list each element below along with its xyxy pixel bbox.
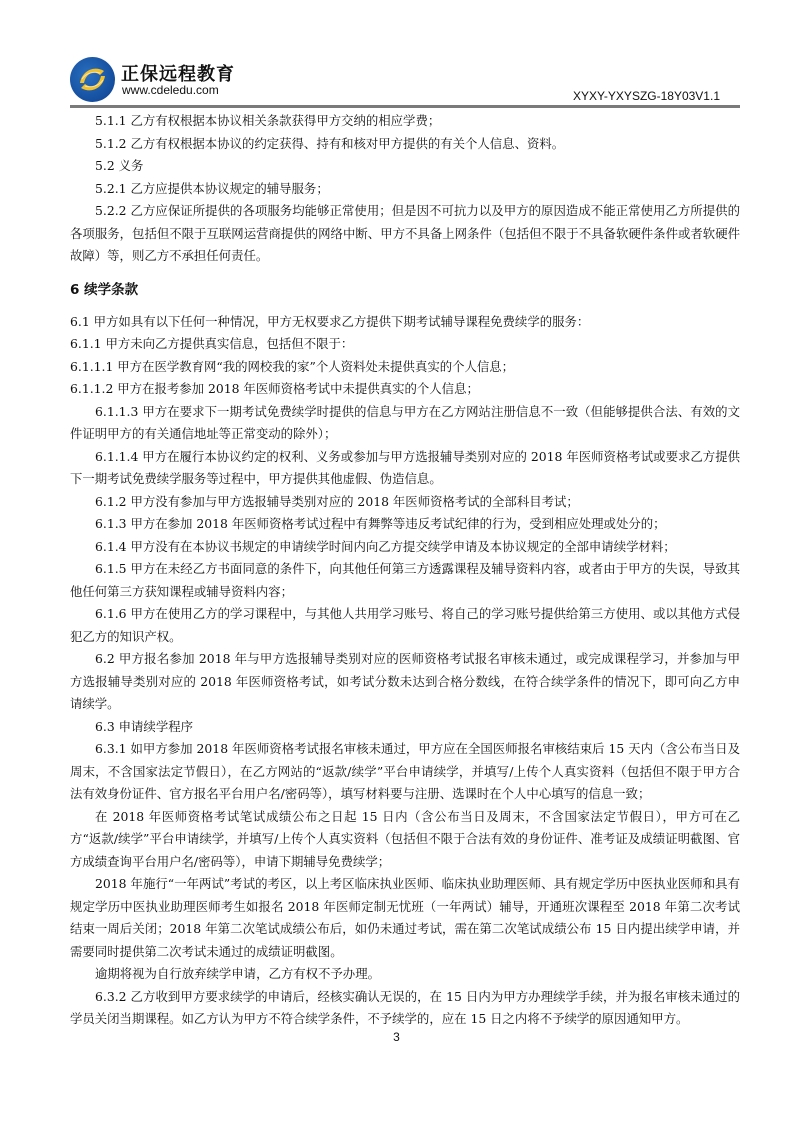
clause-6-3-1-exam-score: 在 2018 年医师资格考试笔试成绩公布之日起 15 日内（含公布当日及周末，不… bbox=[70, 806, 740, 874]
page-header: 正保远程教育 www.cdeledu.com XYXY-YXYSZG-18Y03… bbox=[70, 57, 740, 105]
clause-6-1-4: 6.1.4 甲方没有在本协议书规定的申请续学时间内向乙方提交续学申请及本协议规定… bbox=[70, 536, 740, 559]
document-body: 5.1.1 乙方有权根据本协议相关条款获得甲方交纳的相应学费； 5.1.2 乙方… bbox=[70, 110, 740, 1031]
clause-6-3-1-two-exams: 2018 年施行“一年两试”考试的考区，以上考区临床执业医师、临床执业助理医师、… bbox=[70, 873, 740, 963]
clause-6-1-3: 6.1.3 甲方在参加 2018 年医师资格考试过程中有舞弊等违反考试纪律的行为… bbox=[70, 513, 740, 536]
brand-url: www.cdeledu.com bbox=[122, 83, 219, 97]
document-code: XYXY-YXYSZG-18Y03V1.1 bbox=[573, 89, 720, 103]
clause-6-1-6: 6.1.6 甲方在使用乙方的学习课程中，与其他人共用学习账号、将自己的学习账号提… bbox=[70, 603, 740, 648]
clause-6-1-1-4: 6.1.1.4 甲方在履行本协议约定的权利、义务或参加与甲方选报辅导类别对应的 … bbox=[70, 446, 740, 491]
clause-6-1-1-3: 6.1.1.3 甲方在要求下一期考试免费续学时提供的信息与甲方在乙方网站注册信息… bbox=[70, 401, 740, 446]
clause-6-2: 6.2 甲方报名参加 2018 年与甲方选报辅导类别对应的医师资格考试报名审核未… bbox=[70, 648, 740, 716]
header-divider bbox=[70, 105, 740, 108]
page-number: 3 bbox=[0, 1030, 793, 1044]
logo-icon bbox=[70, 57, 115, 102]
section-6-heading: 6 续学条款 bbox=[70, 279, 740, 301]
clause-6-3: 6.3 申请续学程序 bbox=[70, 716, 740, 739]
clause-5-1-2: 5.1.2 乙方有权根据本协议的约定获得、持有和核对甲方提供的有关个人信息、资料… bbox=[70, 133, 740, 156]
clause-6-1-1: 6.1.1 甲方未向乙方提供真实信息，包括但不限于： bbox=[70, 333, 740, 356]
clause-6-1-5: 6.1.5 甲方在未经乙方书面同意的条件下，向其他任何第三方透露课程及辅导资料内… bbox=[70, 558, 740, 603]
clause-6-3-1: 6.3.1 如甲方参加 2018 年医师资格考试报名审核未通过，甲方应在全国医师… bbox=[70, 738, 740, 806]
clause-6-3-2: 6.3.2 乙方收到甲方要求续学的申请后，经核实确认无误的，在 15 日内为甲方… bbox=[70, 986, 740, 1031]
clause-6-1-1-1: 6.1.1.1 甲方在医学教育网“我的网校我的家”个人资料处未提供真实的个人信息… bbox=[70, 356, 740, 379]
clause-6-3-1-overdue: 逾期将视为自行放弃续学申请，乙方有权不予办理。 bbox=[70, 963, 740, 986]
clause-5-1-1: 5.1.1 乙方有权根据本协议相关条款获得甲方交纳的相应学费； bbox=[70, 110, 740, 133]
clause-6-1-2: 6.1.2 甲方没有参加与甲方选报辅导类别对应的 2018 年医师资格考试的全部… bbox=[70, 491, 740, 514]
clause-6-1: 6.1 甲方如具有以下任何一种情况，甲方无权要求乙方提供下期考试辅导课程免费续学… bbox=[70, 311, 740, 334]
clause-6-1-1-2: 6.1.1.2 甲方在报考参加 2018 年医师资格考试中未提供真实的个人信息； bbox=[70, 378, 740, 401]
clause-5-2-1: 5.2.1 乙方应提供本协议规定的辅导服务； bbox=[70, 178, 740, 201]
clause-5-2-2: 5.2.2 乙方应保证所提供的各项服务均能够正常使用；但是因不可抗力以及甲方的原… bbox=[70, 200, 740, 268]
clause-5-2: 5.2 义务 bbox=[70, 155, 740, 178]
